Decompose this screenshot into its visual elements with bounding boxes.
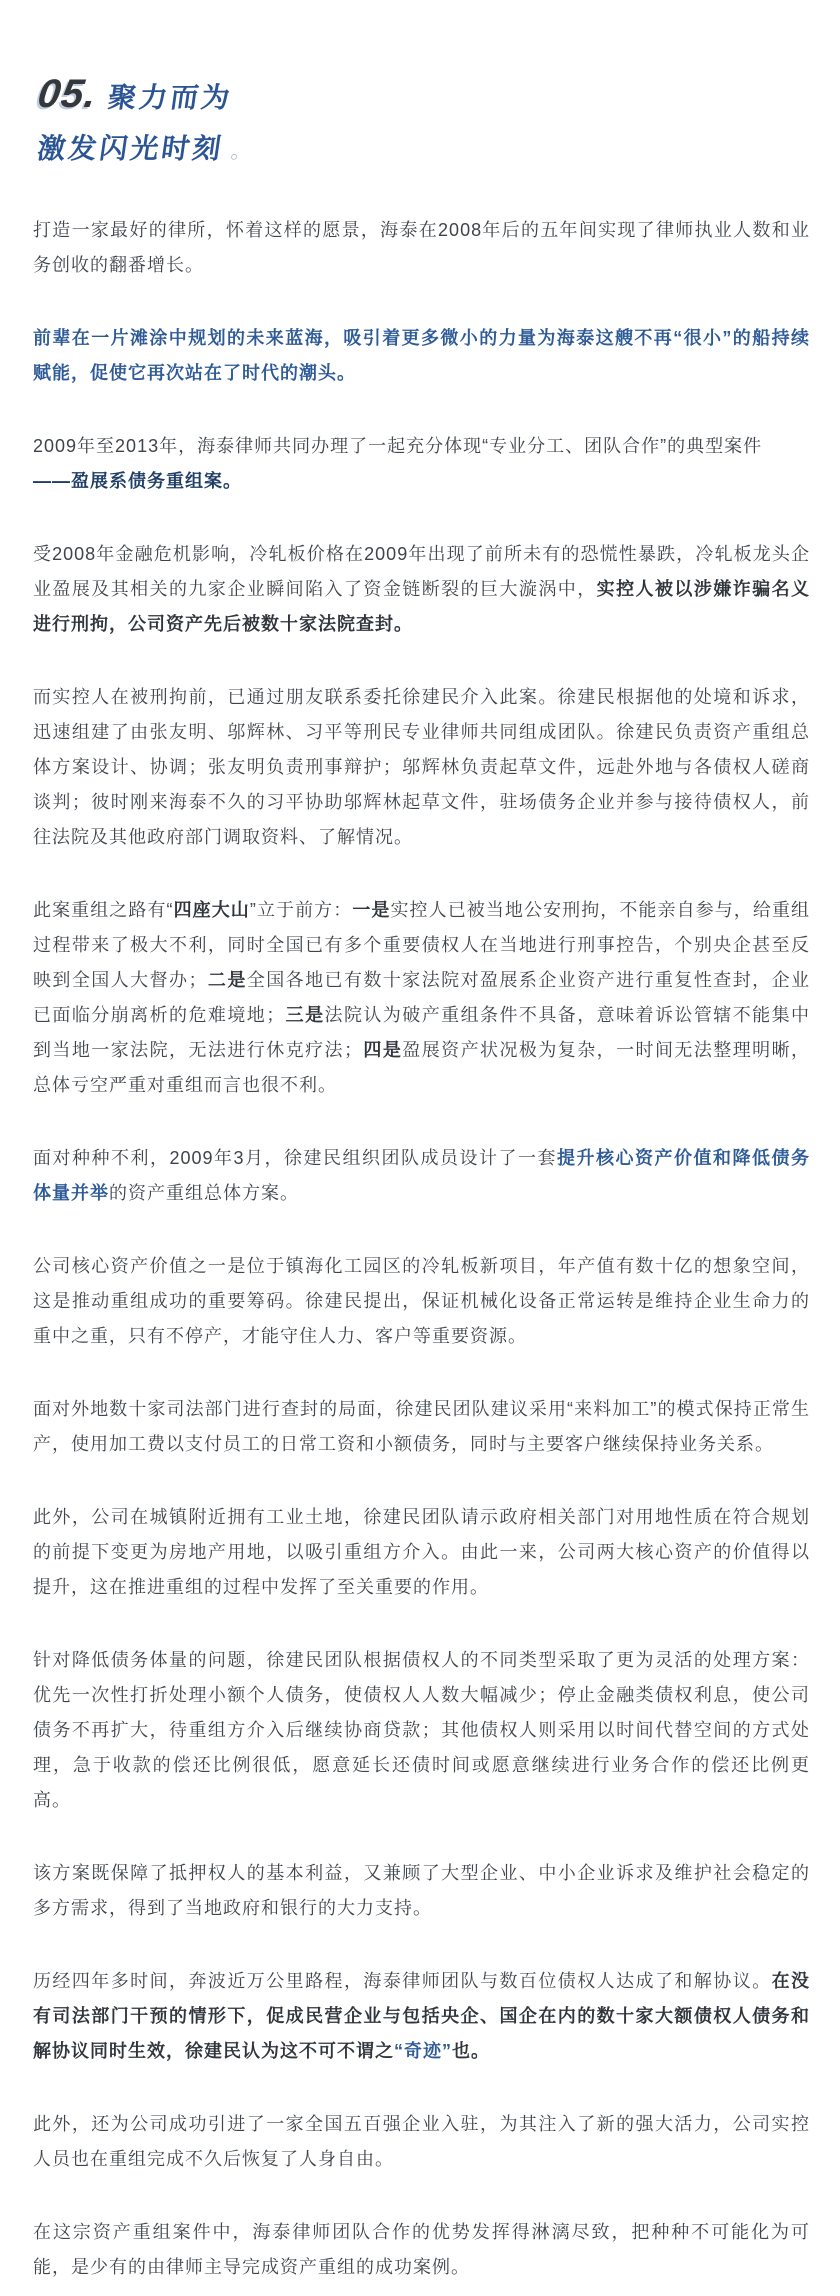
text-segment-normal: 历经四年多时间，奔波近万公里路程，海泰律师团队与数百位债权人达成了和解协议。 [33,1971,772,1991]
paragraph: 针对降低债务体量的问题，徐建民团队根据债权人的不同类型采取了更为灵活的处理方案：… [33,1643,810,1818]
paragraph: 此外，公司在城镇附近拥有工业土地，徐建民团队请示政府相关部门对用地性质在符合规划… [33,1500,810,1605]
text-segment-bold: 也。 [452,2041,490,2061]
text-segment-bold: 四座大山 [174,900,250,920]
paragraph: 此案重组之路有“四座大山”立于前方：一是实控人已被当地公安刑拘，不能亲自参与，给… [33,893,810,1103]
paragraph: 公司核心资产价值之一是位于镇海化工园区的冷轧板新项目，年产值有数十亿的想象空间，… [33,1249,810,1354]
paragraph: 面对种种不利，2009年3月，徐建民组织团队成员设计了一套提升核心资产价值和降低… [33,1141,810,1211]
article-page: 05. 聚力而为 激发闪光时刻 。 打造一家最好的律所，怀着这样的愿景，海泰在2… [0,0,840,2285]
paragraph: 而实控人在被刑拘前，已通过朋友联系委托徐建民介入此案。徐建民根据他的处境和诉求，… [33,680,810,855]
subtitle-period-mark: 。 [229,135,253,164]
paragraph: 面对外地数十家司法部门进行查封的局面，徐建民团队建议采用“来料加工”的模式保持正… [33,1392,810,1462]
text-segment-navy-bold: ——盈展系债务重组案。 [33,471,242,491]
text-segment-normal: ”立于前方： [250,900,352,920]
section-title: 聚力而为 [106,76,236,116]
text-segment-blue-bold: “奇迹” [394,2041,452,2061]
text-segment-normal: 在这宗资产重组案件中，海泰律师团队合作的优势发挥得淋漓尽致，把种种不可能化为可能… [33,2222,810,2277]
text-segment-normal: 的资产重组总体方案。 [109,1183,299,1203]
article-body: 打造一家最好的律所，怀着这样的愿景，海泰在2008年后的五年间实现了律师执业人数… [33,213,810,2285]
text-segment-blue-bold: 前辈在一片滩涂中规划的未来蓝海，吸引着更多微小的力量为海泰这艘不再“很小”的船持… [33,328,810,383]
text-segment-bold: 二是 [208,970,247,990]
paragraph: 2009年至2013年，海泰律师共同办理了一起充分体现“专业分工、团队合作”的典… [33,429,810,499]
text-segment-normal: 而实控人在被刑拘前，已通过朋友联系委托徐建民介入此案。徐建民根据他的处境和诉求，… [33,687,810,847]
text-segment-normal: 针对降低债务体量的问题，徐建民团队根据债权人的不同类型采取了更为灵活的处理方案：… [33,1650,810,1810]
paragraph: 打造一家最好的律所，怀着这样的愿景，海泰在2008年后的五年间实现了律师执业人数… [33,213,810,283]
paragraph: 前辈在一片滩涂中规划的未来蓝海，吸引着更多微小的力量为海泰这艘不再“很小”的船持… [33,321,810,391]
text-segment-normal: 此外，还为公司成功引进了一家全国五百强企业入驻，为其注入了新的强大活力，公司实控… [33,2114,810,2169]
text-segment-normal: 2009年至2013年，海泰律师共同办理了一起充分体现“专业分工、团队合作”的典… [33,436,762,456]
section-subtitle-line: 激发闪光时刻 。 [35,127,816,167]
text-segment-normal: 此案重组之路有“ [33,900,174,920]
text-segment-normal: 面对外地数十家司法部门进行查封的局面，徐建民团队建议采用“来料加工”的模式保持正… [33,1399,810,1454]
paragraph: 在这宗资产重组案件中，海泰律师团队合作的优势发挥得淋漓尽致，把种种不可能化为可能… [33,2215,810,2285]
section-header: 05. 聚力而为 激发闪光时刻 。 [33,72,810,167]
paragraph: 历经四年多时间，奔波近万公里路程，海泰律师团队与数百位债权人达成了和解协议。在没… [33,1964,810,2069]
text-segment-bold: 三是 [285,1005,324,1025]
paragraph: 受2008年金融危机影响，冷轧板价格在2009年出现了前所未有的恐慌性暴跌，冷轧… [33,537,810,642]
text-segment-normal: 此外，公司在城镇附近拥有工业土地，徐建民团队请示政府相关部门对用地性质在符合规划… [33,1507,810,1597]
text-segment-bold: 一是 [352,900,390,920]
text-segment-normal: 公司核心资产价值之一是位于镇海化工园区的冷轧板新项目，年产值有数十亿的想象空间，… [33,1256,810,1346]
text-segment-normal: 打造一家最好的律所，怀着这样的愿景，海泰在2008年后的五年间实现了律师执业人数… [33,220,810,275]
section-number: 05. [35,72,100,117]
section-subtitle: 激发闪光时刻 [35,127,227,167]
paragraph: 此外，还为公司成功引进了一家全国五百强企业入驻，为其注入了新的强大活力，公司实控… [33,2107,810,2177]
paragraph: 该方案既保障了抵押权人的基本利益，又兼顾了大型企业、中小企业诉求及维护社会稳定的… [33,1856,810,1926]
section-title-line: 05. 聚力而为 [35,72,816,117]
text-segment-bold: 四是 [363,1040,402,1060]
text-segment-normal: 该方案既保障了抵押权人的基本利益，又兼顾了大型企业、中小企业诉求及维护社会稳定的… [33,1863,810,1918]
text-segment-normal: 面对种种不利，2009年3月，徐建民组织团队成员设计了一套 [33,1148,557,1168]
